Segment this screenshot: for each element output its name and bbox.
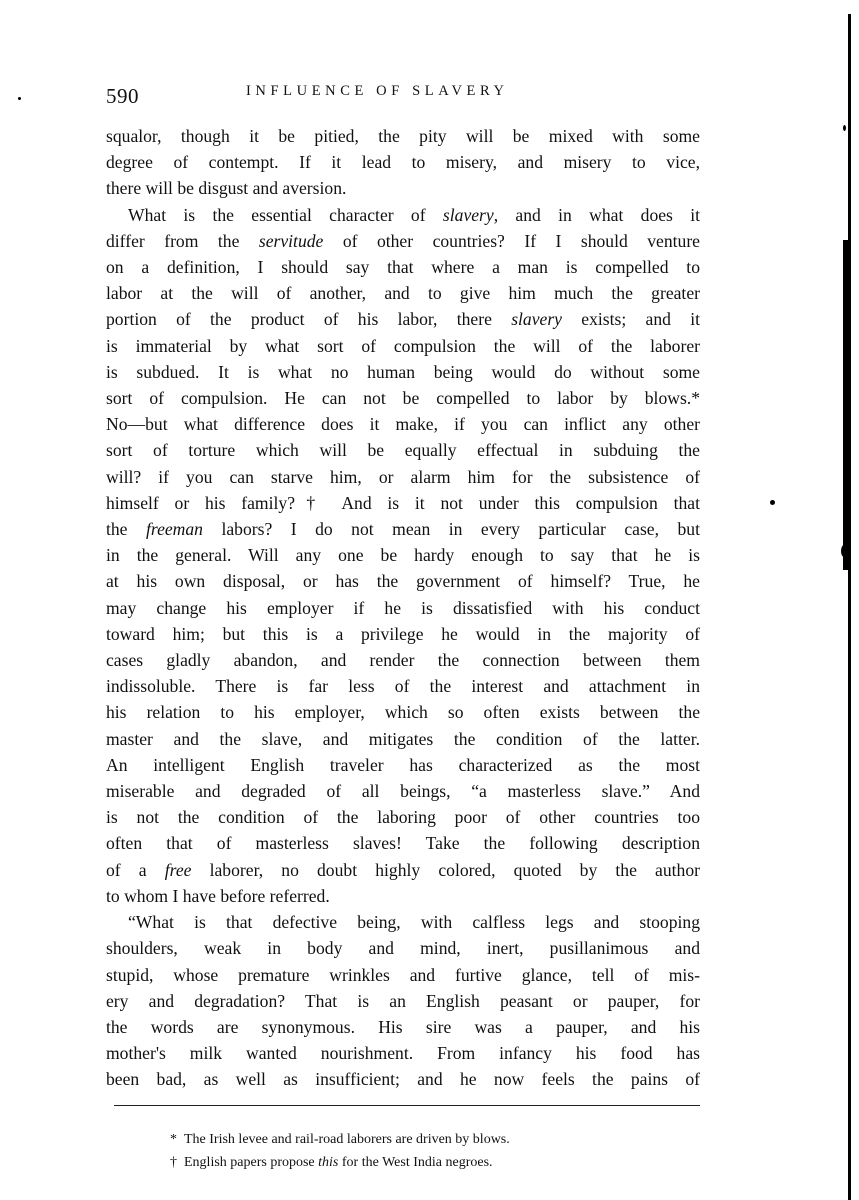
text-line: been bad, as well as insufficient; and h… bbox=[106, 1066, 700, 1092]
text-line: is immaterial by what sort of compulsion… bbox=[106, 333, 700, 359]
paragraph-1: squalor, though it be pitied, the pity w… bbox=[106, 123, 700, 202]
scan-speck bbox=[843, 125, 846, 131]
text-line: may change his employer if he is dissati… bbox=[106, 595, 700, 621]
text-line: master and the slave, and mitigates the … bbox=[106, 726, 700, 752]
text-line: sort of compulsion. He can not be compel… bbox=[106, 385, 700, 411]
scan-speck bbox=[770, 500, 775, 505]
text-line: the freeman labors? I do not mean in eve… bbox=[106, 516, 700, 542]
text-line: ery and degradation? That is an English … bbox=[106, 988, 700, 1014]
text-line: will? if you can starve him, or alarm hi… bbox=[106, 464, 700, 490]
footnote-mark: † bbox=[170, 1151, 184, 1174]
text-line: cases gladly abandon, and render the con… bbox=[106, 647, 700, 673]
book-page: 590 INFLUENCE OF SLAVERY squalor, though… bbox=[0, 0, 859, 1200]
emphasis: this bbox=[318, 1155, 338, 1170]
scan-binding-shadow bbox=[843, 240, 851, 570]
text-line: portion of the product of his labor, the… bbox=[106, 306, 700, 332]
footnotes: *The Irish levee and rail-road laborers … bbox=[170, 1128, 510, 1174]
text-line: No—but what difference does it make, if … bbox=[106, 411, 700, 437]
emphasis: slavery bbox=[511, 309, 562, 329]
emphasis: freeman bbox=[146, 519, 203, 539]
footnote-divider bbox=[114, 1105, 700, 1106]
text-line: “What is that defective being, with calf… bbox=[106, 909, 700, 935]
running-head: INFLUENCE OF SLAVERY bbox=[246, 83, 509, 100]
scan-binding-edge bbox=[848, 14, 851, 1200]
page-number: 590 bbox=[106, 84, 139, 109]
text-line: miserable and degraded of all beings, “a… bbox=[106, 778, 700, 804]
text-line: on a definition, I should say that where… bbox=[106, 254, 700, 280]
text-line: differ from the servitude of other count… bbox=[106, 228, 700, 254]
text-line: An intelligent English traveler has char… bbox=[106, 752, 700, 778]
emphasis: slavery bbox=[443, 205, 494, 225]
footnote-dagger: †English papers propose this for the Wes… bbox=[170, 1151, 510, 1174]
text-line: stupid, whose premature wrinkles and fur… bbox=[106, 962, 700, 988]
text-line: is subdued. It is what no human being wo… bbox=[106, 359, 700, 385]
text-line: his relation to his employer, which so o… bbox=[106, 699, 700, 725]
page-header: 590 INFLUENCE OF SLAVERY bbox=[106, 80, 706, 110]
text-line: sort of torture which will be equally ef… bbox=[106, 437, 700, 463]
text-line: there will be disgust and aversion. bbox=[106, 175, 700, 201]
text-line: squalor, though it be pitied, the pity w… bbox=[106, 123, 700, 149]
text-line: toward him; but this is a privilege he w… bbox=[106, 621, 700, 647]
text-line: in the general. Will any one be hardy en… bbox=[106, 542, 700, 568]
scan-speck bbox=[18, 97, 21, 100]
text-line: of a free laborer, no doubt highly color… bbox=[106, 857, 700, 883]
scan-speck bbox=[841, 545, 847, 557]
text-line: mother's milk wanted nourishment. From i… bbox=[106, 1040, 700, 1066]
text-line: labor at the will of another, and to giv… bbox=[106, 280, 700, 306]
emphasis: free bbox=[165, 860, 192, 880]
text-line: indissoluble. There is far less of the i… bbox=[106, 673, 700, 699]
text-line: the words are synonymous. His sire was a… bbox=[106, 1014, 700, 1040]
footnote-asterisk: *The Irish levee and rail-road laborers … bbox=[170, 1128, 510, 1151]
text-line: at his own disposal, or has the governme… bbox=[106, 568, 700, 594]
paragraph-3-quotation: “What is that defective being, with calf… bbox=[106, 909, 700, 1092]
text-line: himself or his family?† And is it not un… bbox=[106, 490, 700, 516]
text-line: is not the condition of the laboring poo… bbox=[106, 804, 700, 830]
text-line: shoulders, weak in body and mind, inert,… bbox=[106, 935, 700, 961]
text-line: What is the essential character of slave… bbox=[106, 202, 700, 228]
text-line: degree of contempt. If it lead to misery… bbox=[106, 149, 700, 175]
body-text: squalor, though it be pitied, the pity w… bbox=[106, 123, 700, 1093]
paragraph-2: What is the essential character of slave… bbox=[106, 202, 700, 909]
footnote-text: The Irish levee and rail-road laborers a… bbox=[184, 1132, 510, 1147]
footnote-mark: * bbox=[170, 1128, 184, 1151]
text-line: to whom I have before referred. bbox=[106, 883, 700, 909]
text-line: often that of masterless slaves! Take th… bbox=[106, 830, 700, 856]
emphasis: servitude bbox=[259, 231, 324, 251]
